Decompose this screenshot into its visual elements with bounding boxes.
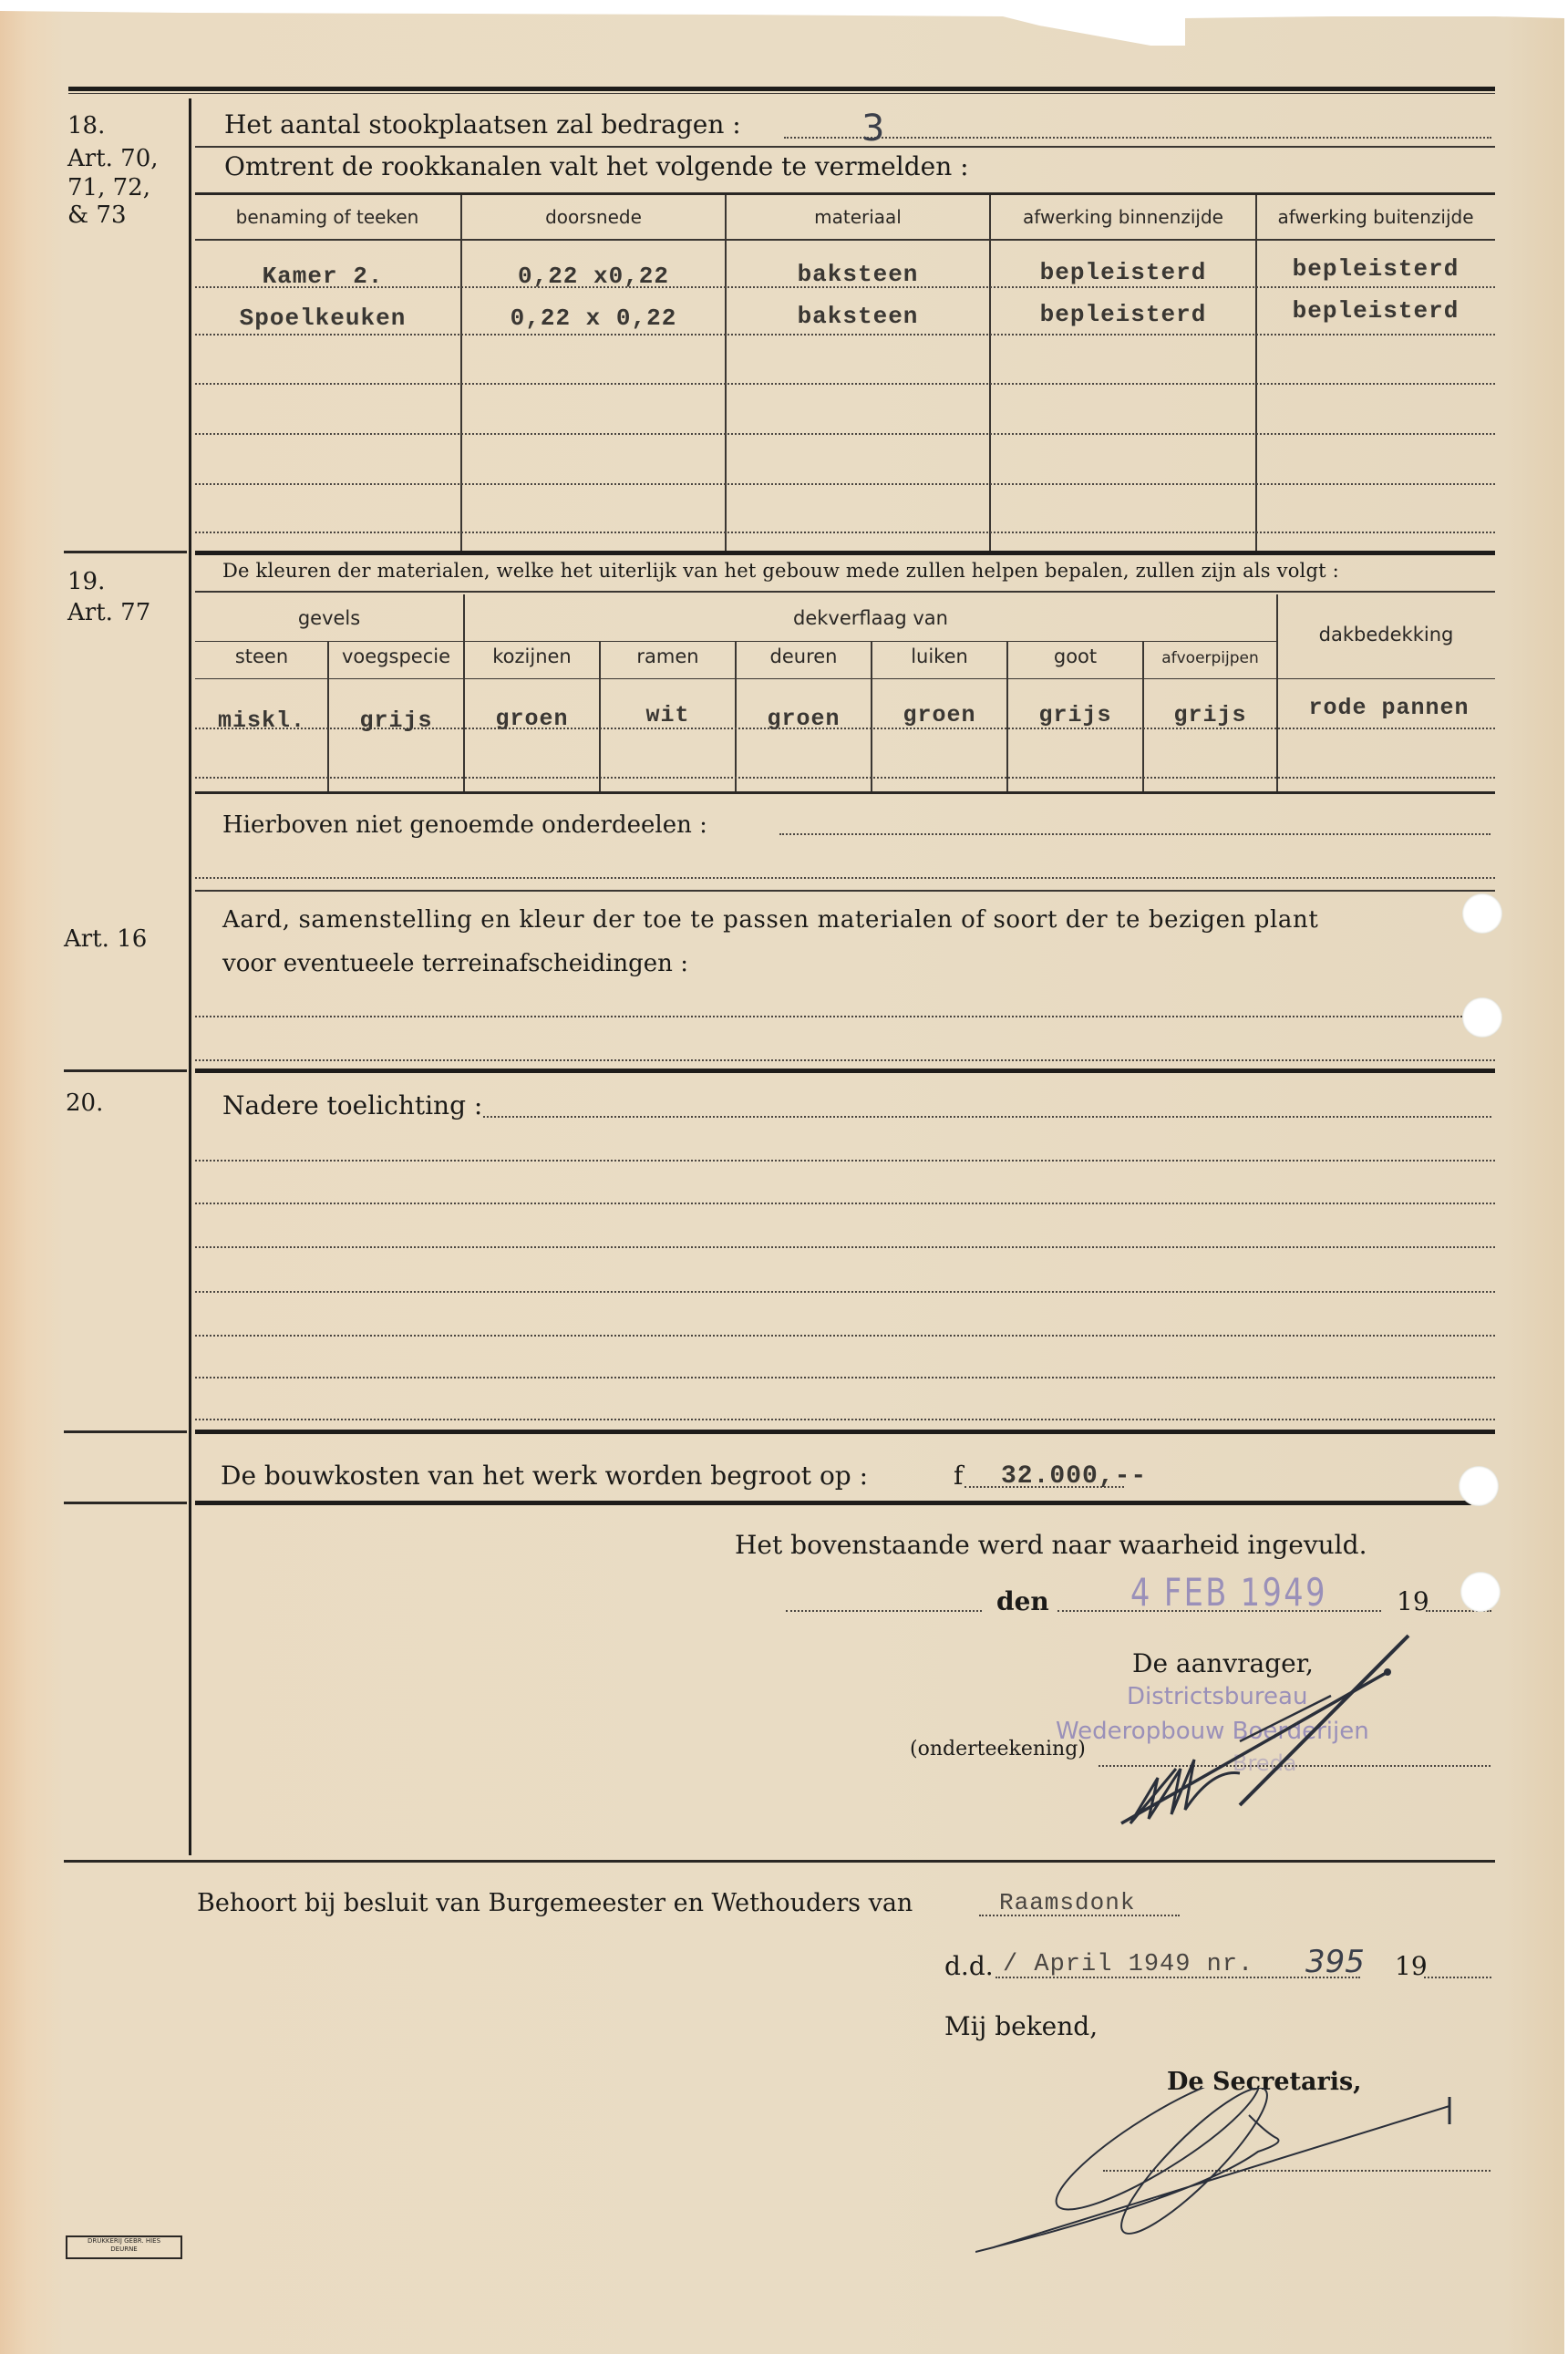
column-header-goot: goot (1007, 645, 1143, 667)
rule (64, 1860, 1495, 1863)
section-divider (195, 1069, 1495, 1073)
rule (195, 239, 1495, 241)
printer-mark-line-2: DEURNE (67, 2246, 181, 2254)
punch-hole (1459, 1466, 1499, 1506)
group-header-dekverflaag: dekverflaag van (464, 607, 1277, 629)
column-divider (1276, 594, 1278, 791)
margin-divider-rule (64, 1502, 187, 1504)
onderdeelen-label: Hierboven niet genoemde onderdeelen : (222, 811, 707, 839)
row-line (195, 483, 1495, 485)
table-cell: baksteen (726, 303, 990, 330)
section-18-article-1: Art. 70, (67, 144, 159, 173)
section-divider (195, 1430, 1495, 1434)
row-line (195, 532, 1495, 533)
color-value-dakbedekking: rode pannen (1277, 695, 1501, 721)
color-value-ramen: wit (600, 702, 736, 728)
form-page: 18. Art. 70, 71, 72, & 73 Het aantal sto… (0, 0, 1564, 2354)
column-header-deuren: deuren (736, 645, 872, 667)
column-header-materiaal: materiaal (726, 206, 990, 228)
municipality-value: Raamsdonk (999, 1889, 1135, 1916)
color-value-deuren: groen (736, 706, 872, 732)
color-value-luiken: groen (872, 702, 1007, 728)
section-19-number: 19. (67, 567, 105, 596)
rule (195, 791, 1495, 794)
color-value-afvoerpijpen: grijs (1143, 702, 1277, 728)
column-divider (989, 195, 991, 552)
punch-hole (1462, 997, 1502, 1038)
stookplaatsen-field-line (784, 137, 1491, 139)
top-rule-secondary (68, 93, 1495, 94)
rule (195, 678, 1495, 679)
column-header-steen: steen (195, 645, 328, 667)
table-cell: 0,22 x0,22 (461, 263, 726, 290)
secretary-signature (975, 2088, 1486, 2270)
row-line (195, 777, 1495, 779)
stookplaatsen-value: 3 (861, 108, 884, 150)
toelichting-field-line (483, 1116, 1491, 1118)
toelichting-field-line (195, 1377, 1495, 1378)
group-header-gevels: gevels (195, 607, 463, 629)
group-header-dakbedekking: dakbedekking (1277, 624, 1495, 645)
table-cell: Spoelkeuken (195, 305, 450, 332)
den-label: den (996, 1586, 1049, 1616)
color-value-steen: miskl. (195, 707, 328, 734)
art-16-label: Art. 16 (64, 924, 147, 954)
row-line (195, 433, 1495, 435)
stookplaatsen-label: Het aantal stookplaatsen zal bedragen : (224, 109, 741, 139)
table-cell: bepleisterd (1256, 297, 1495, 325)
place-field-line (786, 1610, 982, 1612)
date-stamp: 4 FEB 1949 (1130, 1570, 1327, 1615)
column-header-voegspecie: voegspecie (328, 645, 464, 667)
decision-year-prefix: 19 (1395, 1951, 1428, 1981)
costs-value: 32.000,-- (1001, 1462, 1147, 1491)
torn-edge-decoration (0, 0, 1564, 46)
column-divider (1255, 195, 1257, 552)
table-cell: 0,22 x 0,22 (461, 305, 726, 332)
column-divider (725, 195, 727, 552)
toelichting-field-line (195, 1419, 1495, 1420)
section-divider (195, 551, 1495, 555)
printer-mark: DRUKKERIJ GEBR. HIES DEURNE (66, 2235, 182, 2259)
column-header-ramen: ramen (600, 645, 736, 667)
onderdeelen-field-line (779, 833, 1491, 835)
toelichting-field-line (195, 1203, 1495, 1204)
toelichting-field-line (195, 1246, 1495, 1248)
punch-hole (1462, 893, 1502, 934)
margin-divider-rule (64, 551, 187, 553)
margin-divider-rule (64, 1069, 187, 1072)
table-cell: bepleisterd (1256, 255, 1495, 283)
costs-currency: f (954, 1461, 963, 1491)
table-cell: baksteen (726, 261, 990, 288)
rule (195, 146, 1495, 148)
rule (195, 192, 1495, 195)
punch-hole (1460, 1572, 1501, 1612)
terrein-label-line-2: voor eventueele terreinafscheidingen : (222, 950, 688, 977)
decision-text: Behoort bij besluit van Burgemeester en … (197, 1889, 913, 1917)
section-19-article: Art. 77 (67, 598, 150, 627)
column-header-luiken: luiken (872, 645, 1007, 667)
decision-year-field-line (1424, 1977, 1491, 1978)
declaration-text: Het bovenstaande werd naar waarheid inge… (735, 1530, 1367, 1560)
column-header-kozijnen: kozijnen (464, 645, 600, 667)
toelichting-field-line (195, 1335, 1495, 1337)
applicant-signature (1094, 1632, 1422, 1842)
terrein-label-line-1: Aard, samenstelling en kleur der toe te … (222, 906, 1318, 934)
table-cell: Kamer 2. (195, 263, 450, 290)
column-header-doorsnede: doorsnede (461, 206, 726, 228)
color-value-voegspecie: grijs (328, 707, 464, 734)
row-line (195, 334, 1495, 336)
costs-label: De bouwkosten van het werk worden begroo… (221, 1461, 868, 1491)
table-cell: bepleisterd (990, 301, 1256, 328)
column-divider (460, 195, 462, 552)
known-label: Mij bekend, (944, 2011, 1098, 2041)
rule (195, 1501, 1471, 1505)
section-20-number: 20. (66, 1089, 103, 1118)
row-line (195, 383, 1495, 385)
decision-number: 395 (1305, 1944, 1365, 1980)
year-prefix: 19 (1397, 1586, 1429, 1616)
toelichting-label: Nadere toelichting : (222, 1090, 482, 1120)
terrein-field-line (195, 1016, 1462, 1017)
terrein-field-line-2 (195, 1059, 1495, 1061)
color-value-goot: grijs (1007, 702, 1143, 728)
section-18-number: 18. (67, 111, 105, 140)
printer-mark-line-1: DRUKKERIJ GEBR. HIES (67, 2237, 181, 2246)
signature-label: (onderteekening) (910, 1738, 1086, 1760)
rookkanalen-label: Omtrent de rookkanalen valt het volgende… (224, 151, 969, 181)
column-header-buitenzijde: afwerking buitenzijde (1256, 206, 1495, 228)
margin-divider (189, 98, 191, 1855)
dd-value: / April 1949 nr. (1003, 1951, 1253, 1978)
column-divider (463, 594, 465, 791)
colors-intro: De kleuren der materialen, welke het uit… (222, 560, 1339, 582)
color-value-kozijnen: groen (464, 706, 600, 732)
table-cell: bepleisterd (990, 259, 1256, 286)
column-header-afvoerpijpen: afvoerpijpen (1143, 649, 1277, 667)
section-18-article-2: 71, 72, (67, 173, 150, 202)
margin-divider-rule (64, 1430, 187, 1433)
rule (195, 591, 1495, 593)
section-18-article-3: & 73 (67, 201, 127, 230)
top-rule (68, 87, 1495, 91)
dd-label: d.d. (944, 1951, 994, 1981)
toelichting-field-line (195, 1160, 1495, 1162)
toelichting-field-line (195, 1291, 1495, 1293)
rule (195, 890, 1495, 892)
column-header-benaming: benaming of teeken (195, 206, 459, 228)
onderdeelen-field-line-2 (195, 877, 1495, 879)
column-header-binnenzijde: afwerking binnenzijde (990, 206, 1256, 228)
